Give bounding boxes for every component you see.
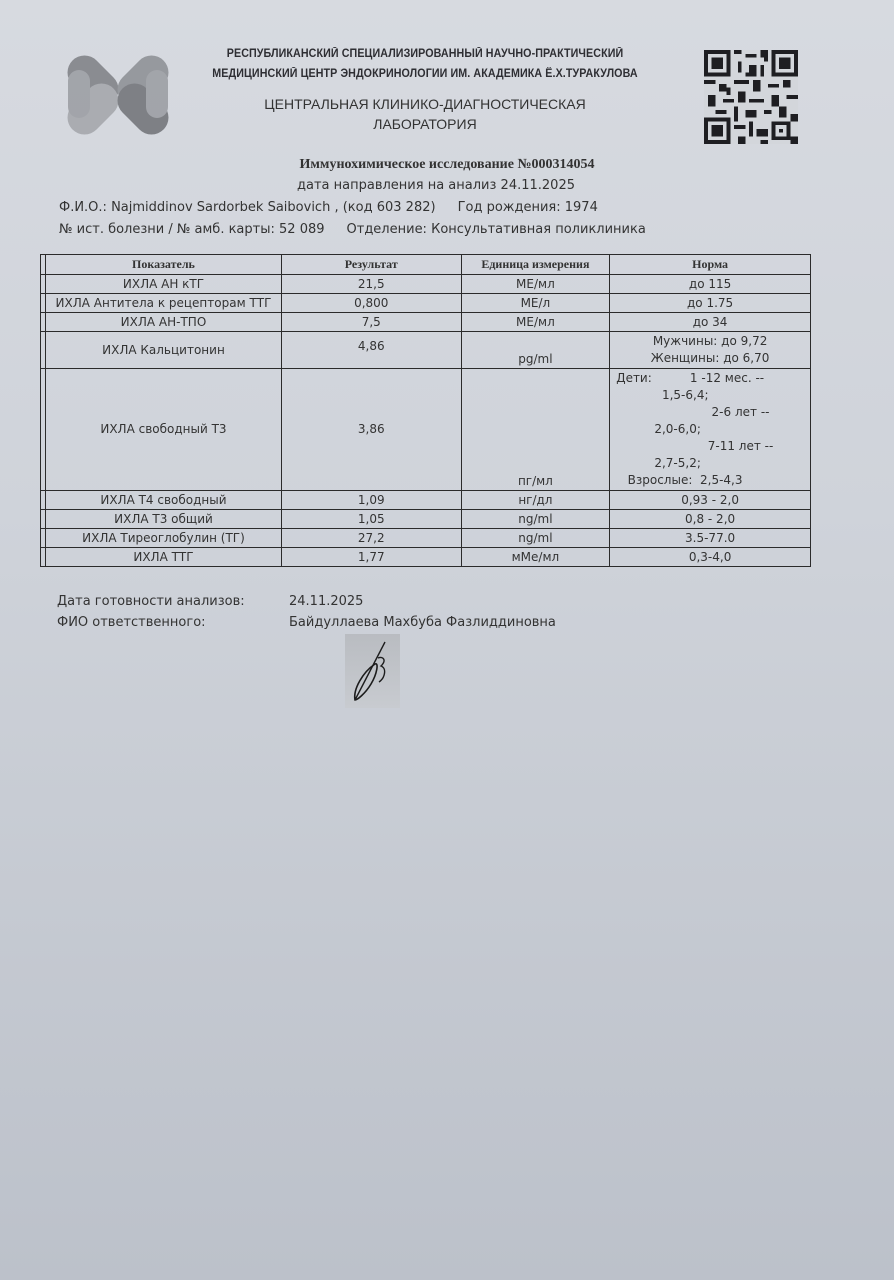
column-header-indicator: Показатель bbox=[46, 255, 282, 275]
norm-cell: 0,93 - 2,0 bbox=[610, 491, 811, 510]
norm-line: 1,5-6,4; bbox=[616, 387, 804, 404]
unit-cell: МЕ/мл bbox=[461, 275, 610, 294]
patient-code: , (код 603 282) bbox=[334, 200, 435, 215]
org-name-line-1: РЕСПУБЛИКАНСКИЙ СПЕЦИАЛИЗИРОВАННЫЙ НАУЧН… bbox=[179, 44, 672, 64]
table-row: ИХЛА Антитела к рецепторам ТТГ 0,800 МЕ/… bbox=[41, 294, 811, 313]
result-cell: 3,86 bbox=[281, 369, 461, 491]
results-table: Показатель Результат Единица измерения Н… bbox=[40, 254, 811, 567]
cross-x-logo-icon bbox=[62, 44, 174, 144]
norm-cell: до 115 bbox=[610, 275, 811, 294]
patient-name-label: Ф.И.О.: bbox=[59, 200, 107, 215]
signature-icon bbox=[345, 634, 400, 708]
result-cell: 27,2 bbox=[281, 529, 461, 548]
qr-code-icon bbox=[704, 50, 798, 144]
column-header-norm: Норма bbox=[610, 255, 811, 275]
norm-cell: 0,8 - 2,0 bbox=[610, 510, 811, 529]
unit-cell: пг/мл bbox=[461, 369, 610, 491]
result-cell: 1,05 bbox=[281, 510, 461, 529]
norm-cell: Мужчины: до 9,72 Женщины: до 6,70 bbox=[610, 332, 811, 369]
lab-report-page: РЕСПУБЛИКАНСКИЙ СПЕЦИАЛИЗИРОВАННЫЙ НАУЧН… bbox=[0, 0, 894, 1280]
result-cell: 1,77 bbox=[281, 548, 461, 567]
result-cell: 4,86 bbox=[281, 332, 461, 369]
report-footer: Дата готовности анализов: 24.11.2025 ФИО… bbox=[57, 594, 556, 636]
birth-year: 1974 bbox=[565, 200, 598, 215]
department: Консультативная поликлиника bbox=[431, 222, 646, 237]
unit-cell: МЕ/л bbox=[461, 294, 610, 313]
indicator-cell: ИХЛА Т3 общий bbox=[46, 510, 282, 529]
norm-cell: до 34 bbox=[610, 313, 811, 332]
organization-header: РЕСПУБЛИКАНСКИЙ СПЕЦИАЛИЗИРОВАННЫЙ НАУЧН… bbox=[160, 44, 690, 134]
table-row: ИХЛА Т4 свободный 1,09 нг/дл 0,93 - 2,0 bbox=[41, 491, 811, 510]
table-row: ИХЛА свободный Т3 3,86 пг/мл Дети: 1 -12… bbox=[41, 369, 811, 491]
norm-cell: Дети: 1 -12 мес. -- 1,5-6,4; 2-6 лет -- … bbox=[610, 369, 811, 491]
indicator-cell: ИХЛА Тиреоглобулин (ТГ) bbox=[46, 529, 282, 548]
norm-line: Взрослые: 2,5-4,3 bbox=[616, 472, 804, 489]
patient-name: Najmiddinov Sardorbek Saibovich bbox=[111, 200, 330, 215]
unit-cell: pg/ml bbox=[461, 332, 610, 369]
table-row: ИХЛА АН кТГ 21,5 МЕ/мл до 115 bbox=[41, 275, 811, 294]
indicator-cell: ИХЛА Антитела к рецепторам ТТГ bbox=[46, 294, 282, 313]
card-info: № ист. болезни / № амб. карты: 52 089Отд… bbox=[59, 222, 646, 237]
result-cell: 0,800 bbox=[281, 294, 461, 313]
norm-cell: 0,3-4,0 bbox=[610, 548, 811, 567]
norm-line: 7-11 лет -- bbox=[616, 438, 804, 455]
norm-line: 2,0-6,0; bbox=[616, 421, 804, 438]
patient-info: Ф.И.О.: Najmiddinov Sardorbek Saibovich … bbox=[59, 200, 598, 215]
unit-cell: мМе/мл bbox=[461, 548, 610, 567]
ready-date-row: Дата готовности анализов: 24.11.2025 bbox=[57, 594, 556, 615]
result-cell: 1,09 bbox=[281, 491, 461, 510]
unit-cell: ng/ml bbox=[461, 529, 610, 548]
indicator-cell: ИХЛА АН-ТПО bbox=[46, 313, 282, 332]
ready-date: 24.11.2025 bbox=[289, 594, 363, 615]
card-number-label: № ист. болезни / № амб. карты: bbox=[59, 222, 275, 237]
unit-cell: ng/ml bbox=[461, 510, 610, 529]
result-cell: 7,5 bbox=[281, 313, 461, 332]
norm-line-men: Мужчины: до 9,72 bbox=[614, 333, 806, 350]
table-row: ИХЛА Тиреоглобулин (ТГ) 27,2 ng/ml 3.5-7… bbox=[41, 529, 811, 548]
table-row: ИХЛА АН-ТПО 7,5 МЕ/мл до 34 bbox=[41, 313, 811, 332]
norm-line: Дети: 1 -12 мес. -- bbox=[616, 370, 804, 387]
unit-cell: нг/дл bbox=[461, 491, 610, 510]
responsible-name: Байдуллаева Махбуба Фазлиддиновна bbox=[289, 615, 556, 636]
lab-name-line-2: ЛАБОРАТОРИЯ bbox=[160, 114, 690, 134]
ready-date-label: Дата готовности анализов: bbox=[57, 594, 289, 615]
table-header-row: Показатель Результат Единица измерения Н… bbox=[41, 255, 811, 275]
norm-line: 2,7-5,2; bbox=[616, 455, 804, 472]
org-name-line-2: МЕДИЦИНСКИЙ ЦЕНТР ЭНДОКРИНОЛОГИИ ИМ. АКА… bbox=[179, 64, 672, 84]
column-header-unit: Единица измерения bbox=[461, 255, 610, 275]
result-cell: 21,5 bbox=[281, 275, 461, 294]
table-row: ИХЛА Т3 общий 1,05 ng/ml 0,8 - 2,0 bbox=[41, 510, 811, 529]
indicator-cell: ИХЛА Кальцитонин bbox=[46, 332, 282, 369]
table-row: ИХЛА ТТГ 1,77 мМе/мл 0,3-4,0 bbox=[41, 548, 811, 567]
norm-cell: до 1.75 bbox=[610, 294, 811, 313]
referral-date: 24.11.2025 bbox=[501, 178, 575, 193]
referral-date-label: дата направления на анализ bbox=[297, 178, 496, 193]
norm-line: 2-6 лет -- bbox=[616, 404, 804, 421]
referral-date-line: дата направления на анализ 24.11.2025 bbox=[0, 178, 872, 193]
document-title: Иммунохимическое исследование №000314054 bbox=[0, 157, 894, 173]
lab-name-line-1: ЦЕНТРАЛЬНАЯ КЛИНИКО-ДИАГНОСТИЧЕСКАЯ bbox=[160, 94, 690, 114]
column-header-result: Результат bbox=[281, 255, 461, 275]
indicator-cell: ИХЛА Т4 свободный bbox=[46, 491, 282, 510]
department-label: Отделение: bbox=[347, 222, 427, 237]
indicator-cell: ИХЛА АН кТГ bbox=[46, 275, 282, 294]
unit-cell: МЕ/мл bbox=[461, 313, 610, 332]
indicator-cell: ИХЛА ТТГ bbox=[46, 548, 282, 567]
indicator-cell: ИХЛА свободный Т3 bbox=[46, 369, 282, 491]
card-number: 52 089 bbox=[279, 222, 325, 237]
responsible-row: ФИО ответственного: Байдуллаева Махбуба … bbox=[57, 615, 556, 636]
norm-line-women: Женщины: до 6,70 bbox=[614, 350, 806, 367]
responsible-label: ФИО ответственного: bbox=[57, 615, 289, 636]
birth-year-label: Год рождения: bbox=[458, 200, 561, 215]
table-row: ИХЛА Кальцитонин 4,86 pg/ml Мужчины: до … bbox=[41, 332, 811, 369]
norm-cell: 3.5-77.0 bbox=[610, 529, 811, 548]
